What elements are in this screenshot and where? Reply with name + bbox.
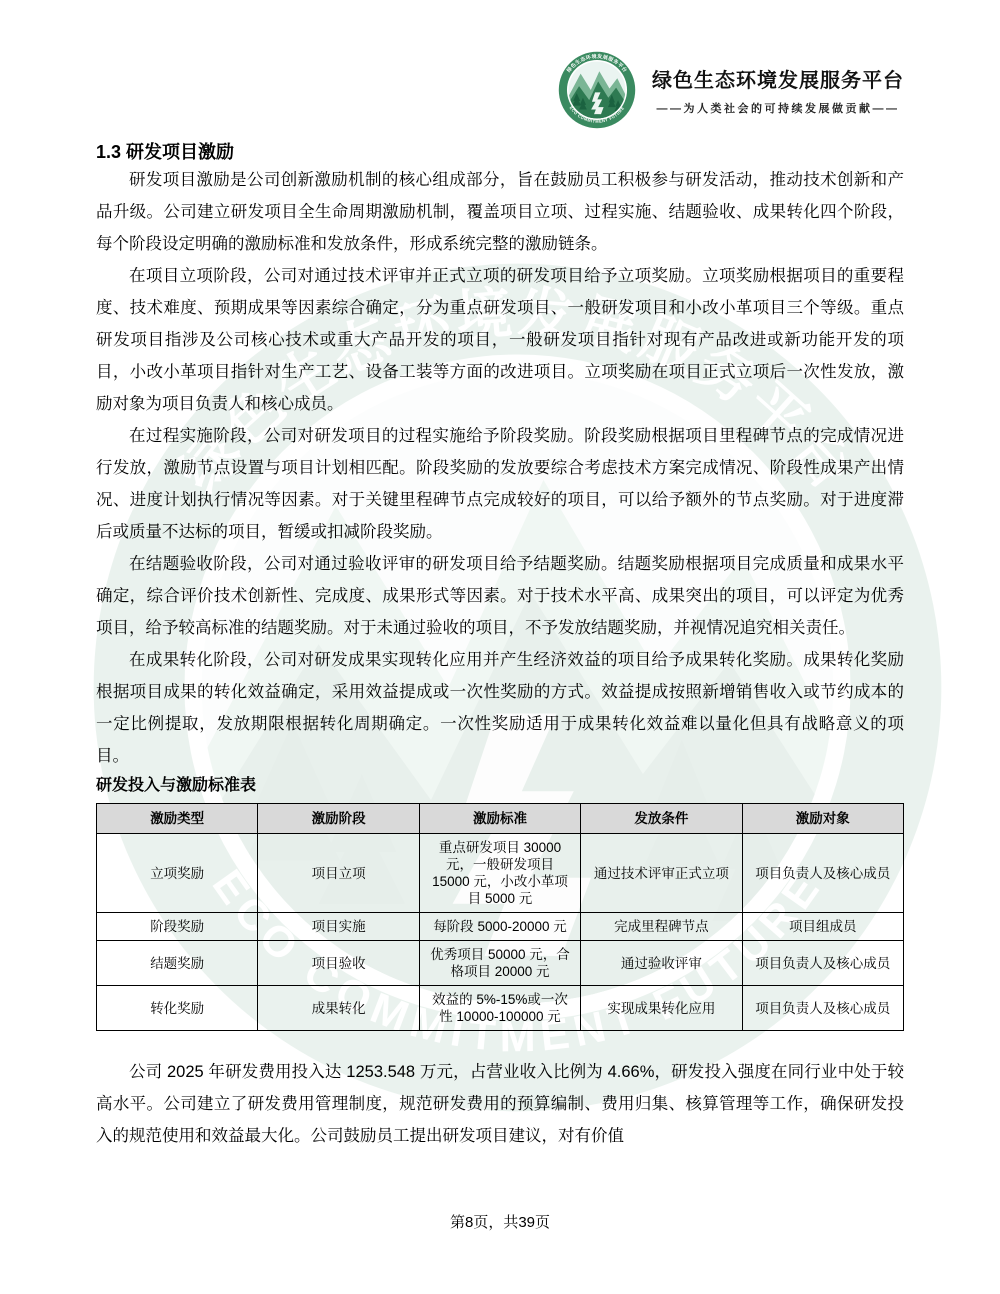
document-header: 绿色生态环境发展服务平台 ——为人类社会的可持续发展做贡献—— [96,48,904,132]
column-header-incentive-target: 激励对象 [742,804,903,834]
table-row: 立项奖励 项目立项 重点研发项目 30000 元，一般研发项目 15000 元，… [97,834,904,913]
document-body: 1.3 研发项目激励 研发项目激励是公司创新激励机制的核心组成部分，旨在鼓励员工… [96,140,904,1152]
column-header-incentive-standard: 激励标准 [419,804,580,834]
table-cell: 通过验收评审 [581,941,742,986]
column-header-incentive-stage: 激励阶段 [258,804,419,834]
table-header-row: 激励类型 激励阶段 激励标准 发放条件 激励对象 [97,804,904,834]
table-cell: 立项奖励 [97,834,258,913]
paragraph-2: 在项目立项阶段，公司对通过技术评审并正式立项的研发项目给予立项奖励。立项奖励根据… [96,260,904,420]
table-cell: 重点研发项目 30000 元，一般研发项目 15000 元，小改小革项目 500… [419,834,580,913]
table-cell: 阶段奖励 [97,913,258,941]
closing-paragraph: 公司 2025 年研发费用投入达 1253.548 万元，占营业收入比例为 4.… [96,1056,904,1152]
table-cell: 完成里程碑节点 [581,913,742,941]
table-cell: 项目立项 [258,834,419,913]
table-cell: 每阶段 5000-20000 元 [419,913,580,941]
table-cell: 效益的 5%-15%或一次性 10000-100000 元 [419,986,580,1031]
paragraph-5: 在成果转化阶段，公司对研发成果实现转化应用并产生经济效益的项目给予成果转化奖励。… [96,644,904,772]
paragraph-4: 在结题验收阶段，公司对通过验收评审的研发项目给予结题奖励。结题奖励根据项目完成质… [96,548,904,644]
table-cell: 项目负责人及核心成员 [742,941,903,986]
table-row: 结题奖励 项目验收 优秀项目 50000 元，合格项目 20000 元 通过验收… [97,941,904,986]
table-row: 转化奖励 成果转化 效益的 5%-15%或一次性 10000-100000 元 … [97,986,904,1031]
table-cell: 通过技术评审正式立项 [581,834,742,913]
paragraph-3: 在过程实施阶段，公司对研发项目的过程实施给予阶段奖励。阶段奖励根据项目里程碑节点… [96,420,904,548]
platform-tagline: ——为人类社会的可持续发展做贡献—— [652,100,904,116]
table-title: 研发投入与激励标准表 [96,774,904,798]
platform-logo-icon [558,51,636,129]
table-cell: 优秀项目 50000 元，合格项目 20000 元 [419,941,580,986]
table-cell: 项目实施 [258,913,419,941]
table-cell: 实现成果转化应用 [581,986,742,1031]
table-cell: 项目负责人及核心成员 [742,834,903,913]
section-title: 1.3 研发项目激励 [96,140,904,164]
brand-block: 绿色生态环境发展服务平台 ——为人类社会的可持续发展做贡献—— [652,64,904,116]
table-cell: 转化奖励 [97,986,258,1031]
table-row: 阶段奖励 项目实施 每阶段 5000-20000 元 完成里程碑节点 项目组成员 [97,913,904,941]
column-header-grant-condition: 发放条件 [581,804,742,834]
document-page: 绿色生态环境发展服务平台 ——为人类社会的可持续发展做贡献—— 1.3 研发项目… [0,0,1000,1294]
table-cell: 项目负责人及核心成员 [742,986,903,1031]
table-cell: 项目组成员 [742,913,903,941]
paragraph-1: 研发项目激励是公司创新激励机制的核心组成部分，旨在鼓励员工积极参与研发活动，推动… [96,164,904,260]
table-cell: 成果转化 [258,986,419,1031]
table-cell: 结题奖励 [97,941,258,986]
incentive-standards-table: 激励类型 激励阶段 激励标准 发放条件 激励对象 立项奖励 项目立项 重点研发项… [96,803,904,1031]
page-number: 第8页，共39页 [450,1214,550,1231]
table-cell: 项目验收 [258,941,419,986]
platform-name: 绿色生态环境发展服务平台 [652,64,904,93]
page-footer: 第8页，共39页 [0,1211,1000,1232]
column-header-incentive-type: 激励类型 [97,804,258,834]
